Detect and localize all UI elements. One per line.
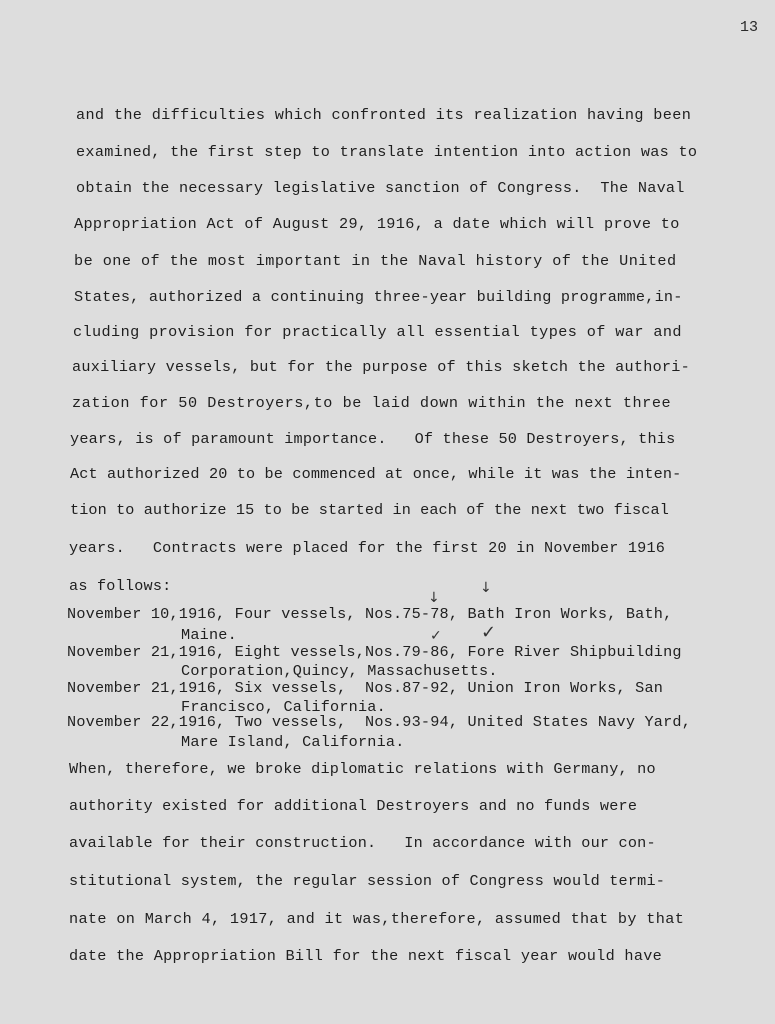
body-line: as follows: [69, 577, 171, 595]
body-line: be one of the most important in the Nava… [74, 252, 677, 270]
down-tick-mark: ↓ [480, 580, 492, 596]
body-line: When, therefore, we broke diplomatic rel… [69, 760, 656, 778]
body-line: available for their construction. In acc… [69, 834, 656, 852]
body-line: authority existed for additional Destroy… [69, 797, 637, 815]
body-line: States, authorized a continuing three-ye… [74, 288, 683, 306]
body-line: years, is of paramount importance. Of th… [70, 430, 675, 448]
body-line: Appropriation Act of August 29, 1916, a … [74, 215, 680, 233]
body-line: nate on March 4, 1917, and it was,theref… [69, 910, 684, 928]
body-line: date the Appropriation Bill for the next… [69, 947, 662, 965]
page-number: 13 [740, 19, 758, 36]
check-mark: ✓ [430, 628, 442, 644]
body-line: obtain the necessary legislative sanctio… [76, 179, 685, 197]
contract-entry-continuation: Maine. [181, 626, 237, 644]
contract-entry: November 21,1916, Six vessels, Nos.87-92… [67, 679, 663, 697]
contract-entry: November 10,1916, Four vessels, Nos.75-7… [67, 605, 672, 623]
body-line: cluding provision for practically all es… [73, 323, 682, 341]
contract-entry: November 21,1916, Eight vessels,Nos.79-8… [67, 643, 682, 661]
contract-entry-continuation: Corporation,Quincy, Massachusetts. [181, 662, 498, 680]
body-line: and the difficulties which confronted it… [76, 106, 691, 124]
body-line: examined, the first step to translate in… [76, 143, 697, 161]
down-tick-mark: ↓ [428, 590, 440, 606]
body-line: years. Contracts were placed for the fir… [69, 539, 665, 557]
body-line: tion to authorize 15 to be started in ea… [70, 501, 669, 519]
check-mark: ✓ [481, 622, 496, 643]
body-line: zation for 50 Destroyers,to be laid down… [72, 394, 671, 412]
document-page: 13 and the difficulties which confronted… [0, 0, 775, 1024]
body-line: stitutional system, the regular session … [69, 872, 665, 890]
contract-entry: November 22,1916, Two vessels, Nos.93-94… [67, 713, 691, 731]
body-line: auxiliary vessels, but for the purpose o… [72, 358, 690, 376]
body-line: Act authorized 20 to be commenced at onc… [70, 465, 681, 483]
contract-entry-continuation: Mare Island, California. [181, 733, 405, 751]
